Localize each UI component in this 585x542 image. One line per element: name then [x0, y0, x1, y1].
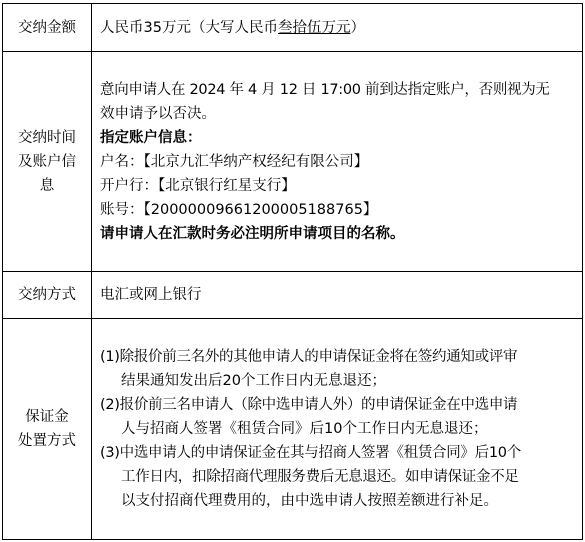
- deposit-disposal-label: 保证金 处置方式: [3, 319, 92, 540]
- deposit-disposal-value: (1)除报价前三名外的其他申请人的申请保证金将在签约通知或评审 结果通知发出后2…: [92, 319, 583, 540]
- row-payment-time-account: 交纳时间 及账户信 息 意向申请人在 2024 年 4 月 12 日 17:00…: [3, 52, 583, 272]
- deposit-item-3-line-2: 工作日内，扣除招商代理服务费后无息退还。如申请保证金不足: [100, 465, 582, 489]
- payment-time-account-label: 交纳时间 及账户信 息: [3, 52, 92, 272]
- payment-amount-value: 人民币35万元（大写人民币叁拾伍万元）: [92, 4, 583, 52]
- deadline-text-line-1: 意向申请人在 2024 年 4 月 12 日 17:00 前到达指定账户，否则视…: [100, 78, 582, 102]
- label-line-3: 息: [3, 174, 91, 198]
- payment-time-account-value: 意向申请人在 2024 年 4 月 12 日 17:00 前到达指定账户，否则视…: [92, 52, 583, 272]
- deposit-item-2-line-1: (2)报价前三名申请人（除中选申请人外）的申请保证金在中选申请: [100, 393, 582, 417]
- bank-name: 开户行：【北京银行红星支行】: [100, 174, 582, 198]
- deposit-item-2-line-2: 人与招商人签署《租赁合同》后10个工作日内无息退还；: [100, 417, 582, 441]
- account-name: 户名：【北京九汇华纳产权经纪有限公司】: [100, 150, 582, 174]
- account-info-heading: 指定账户信息：: [100, 126, 582, 150]
- label-line-2: 及账户信: [3, 150, 91, 174]
- label-line-1: 交纳时间: [3, 126, 91, 150]
- deposit-item-1-line-1: (1)除报价前三名外的其他申请人的申请保证金将在签约通知或评审: [100, 345, 582, 369]
- remittance-remark: 请申请人在汇款时务必注明所申请项目的名称。: [100, 222, 582, 246]
- deposit-item-3-line-1: (3)中选申请人的申请保证金在其与招商人签署《租赁合同》后10个: [100, 441, 582, 465]
- row-deposit-disposal: 保证金 处置方式 (1)除报价前三名外的其他申请人的申请保证金将在签约通知或评审…: [3, 319, 583, 540]
- payment-method-value: 电汇或网上银行: [92, 272, 583, 319]
- payment-method-label: 交纳方式: [3, 272, 92, 319]
- amount-uppercase: 叁拾伍万元: [278, 20, 351, 36]
- account-number: 账号：【20000009661200005188765】: [100, 198, 582, 222]
- row-payment-method: 交纳方式 电汇或网上银行: [3, 272, 583, 319]
- label-line-1: 保证金: [3, 405, 91, 429]
- deposit-item-3-line-3: 以支付招商代理费用的，由中选申请人按照差额进行补足。: [100, 489, 582, 513]
- amount-close-paren: ）: [350, 20, 365, 36]
- label-line-2: 处置方式: [3, 429, 91, 453]
- deadline-text-line-2: 效申请予以否决。: [100, 102, 582, 126]
- payment-amount-label: 交纳金额: [3, 4, 92, 52]
- amount-text: 人民币35万元（大写人民币: [100, 20, 278, 36]
- deposit-item-1-line-2: 结果通知发出后20个工作日内无息退还；: [100, 369, 582, 393]
- row-payment-amount: 交纳金额 人民币35万元（大写人民币叁拾伍万元）: [3, 4, 583, 52]
- deposit-info-table: 交纳金额 人民币35万元（大写人民币叁拾伍万元） 交纳时间 及账户信 息 意向申…: [2, 3, 583, 540]
